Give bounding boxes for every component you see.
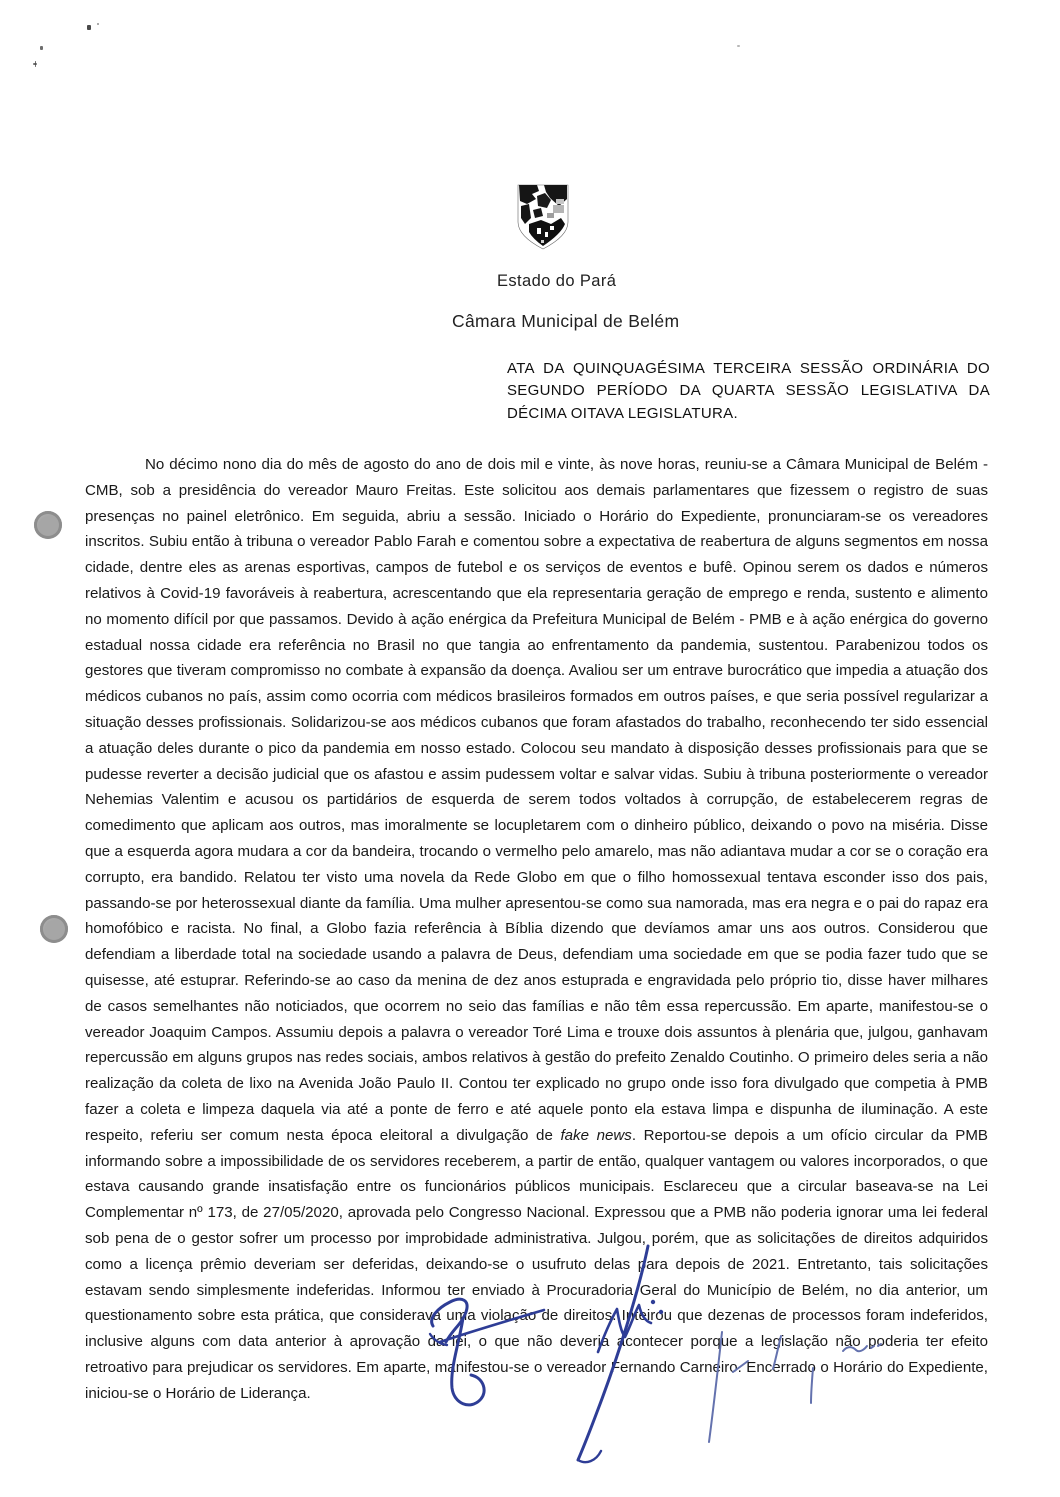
signature-3 <box>709 1332 881 1442</box>
scan-speckle <box>87 25 91 30</box>
scan-speckle <box>737 45 740 47</box>
session-title-line-3: DÉCIMA OITAVA LEGISLATURA. <box>507 403 990 425</box>
fake-news-italic: fake news <box>560 1127 631 1144</box>
hole-punch-top <box>34 511 62 539</box>
session-title: ATA DA QUINQUAGÉSIMA TERCEIRA SESSÃO ORD… <box>507 358 990 425</box>
session-title-line-2: SEGUNDO PERÍODO DA QUARTA SESSÃO LEGISLA… <box>507 380 990 402</box>
coat-of-arms-icon <box>517 184 569 250</box>
hole-punch-bottom <box>40 915 68 943</box>
state-name: Estado do Pará <box>497 272 616 291</box>
signatures-area <box>400 1230 1000 1480</box>
scan-speckle <box>35 61 36 67</box>
scan-speckle <box>97 23 99 25</box>
session-title-line-1: ATA DA QUINQUAGÉSIMA TERCEIRA SESSÃO ORD… <box>507 358 990 380</box>
signature-2 <box>578 1246 663 1462</box>
institution-name: Câmara Municipal de Belém <box>452 311 679 332</box>
minutes-body-text-1: No décimo nono dia do mês de agosto do a… <box>85 456 988 1144</box>
scanned-document-page: Estado do Pará Câmara Municipal de Belém… <box>0 0 1060 1497</box>
scan-speckle <box>40 46 43 50</box>
signature-1 <box>430 1299 544 1405</box>
